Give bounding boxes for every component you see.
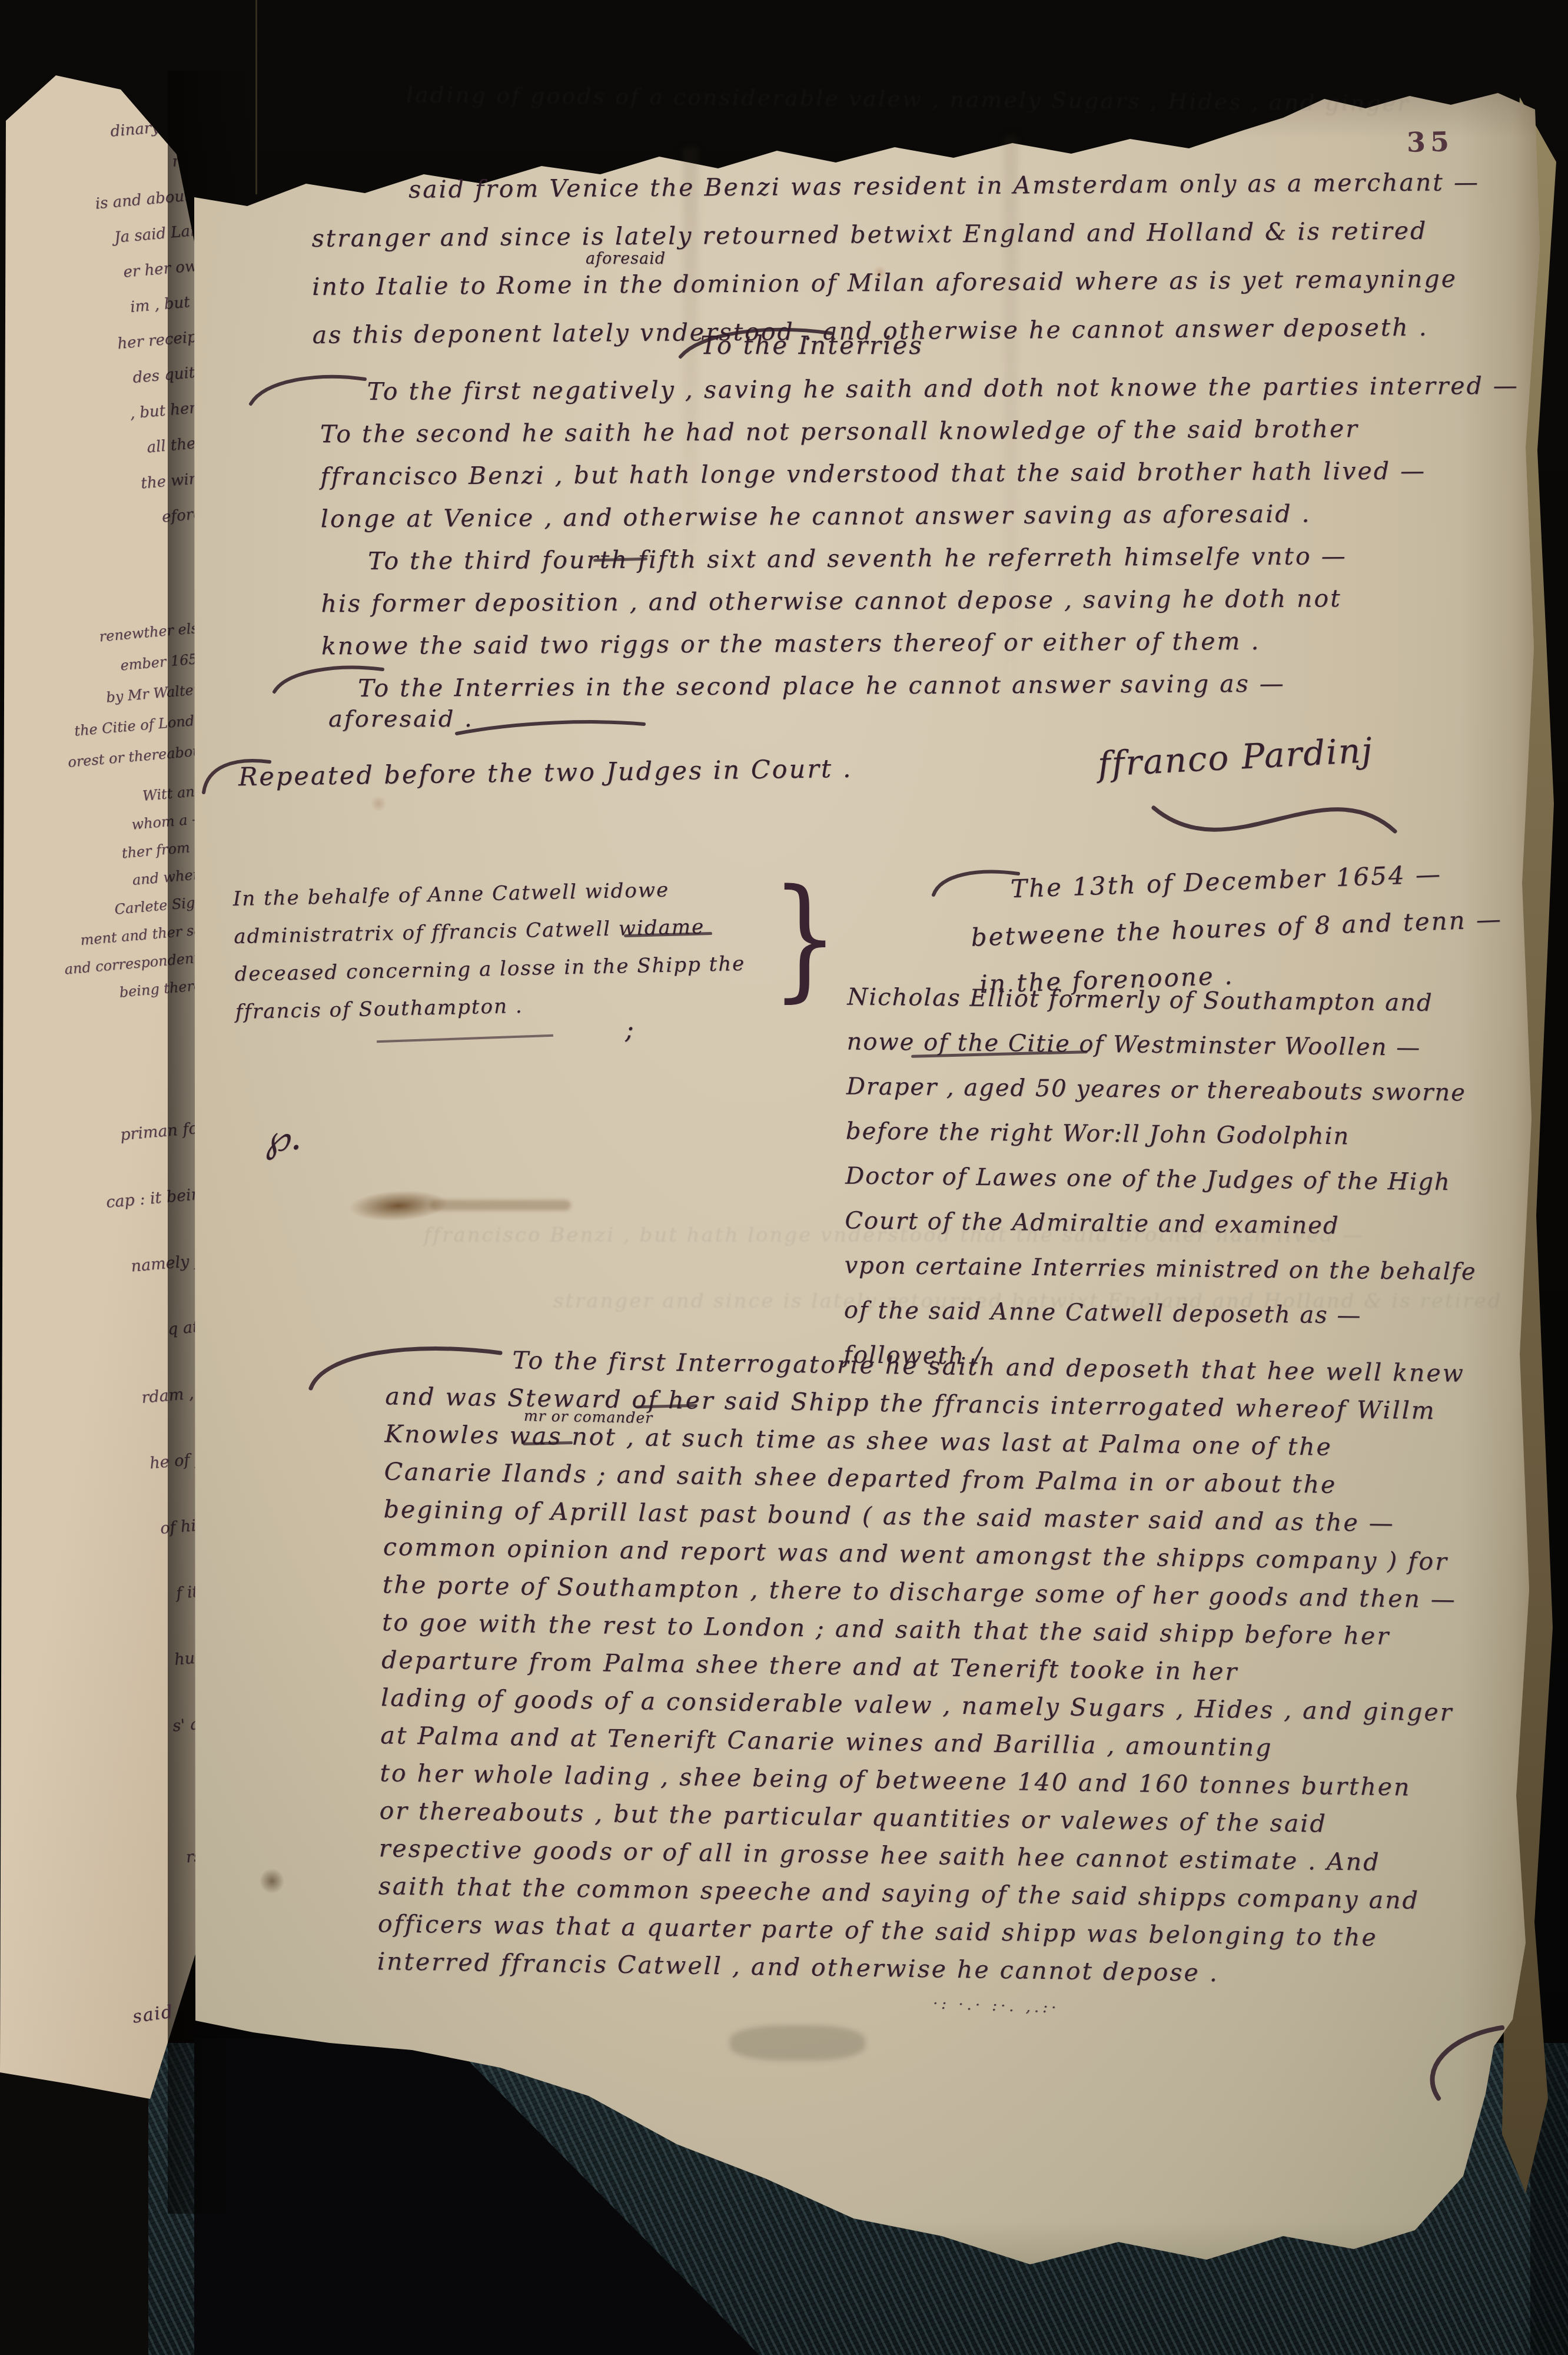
main-page: [177, 82, 1548, 2297]
paper-crease: [683, 147, 698, 595]
manuscript-photo: dinary Prize r , a' is and about — Ja sa…: [0, 0, 1568, 2355]
bleed-through-line: lading of goods of a considerable valew …: [406, 82, 1410, 117]
paper-crease: [1004, 135, 1018, 695]
